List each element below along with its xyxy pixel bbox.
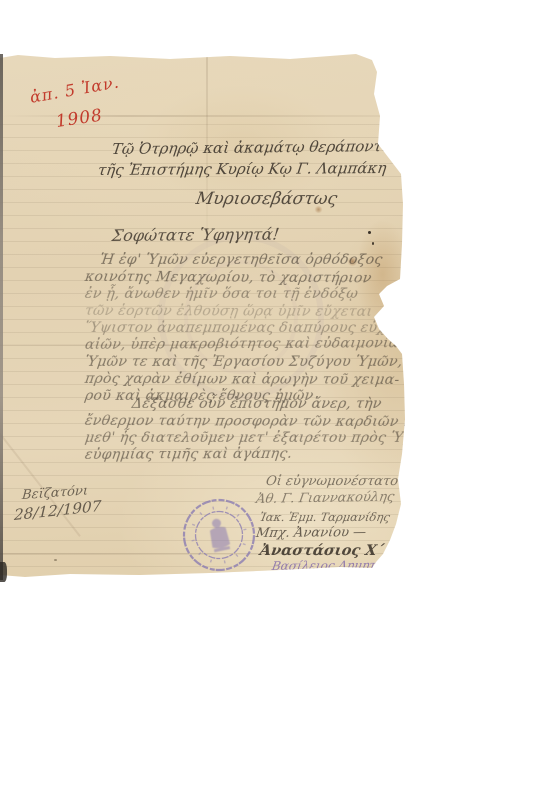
community-seal-stamp: [174, 489, 265, 581]
salutation: Σοφώτατε Ὑφηγητά!: [111, 225, 281, 245]
received-date-note-line1: ἀπ. 5 Ἰαν.: [28, 72, 121, 106]
body-line: ἔνθερμον ταύτην προσφορὰν τῶν καρδιῶν ἡμ…: [84, 413, 448, 430]
body-line: Ὑμῶν τε καὶ τῆς Ἐργασίου Συζύγου Ὑμῶν,: [84, 354, 404, 370]
address-honorific: Μυριοσεβάστως: [194, 189, 338, 209]
scanned-letter-page: ἀπ. 5 Ἰαν. 1908 Τῷ Ὀτρηρῷ καὶ ἀκαμάτῳ θε…: [0, 0, 549, 800]
body-line: εὐφημίας τιμῆς καὶ ἀγάπης.: [84, 446, 293, 463]
body-line: αἰῶν, ὑπὲρ μακροβιότητος καὶ εὐδαιμονίας: [84, 335, 408, 353]
address-line-2: τῆς Ἐπιστήμης Κυρίῳ Κῳ Γ. Λαμπάκη: [97, 159, 388, 179]
signature: Ἀθ. Γ. Γιαννακούλης: [255, 490, 396, 507]
signature: Ἀναστάσιος Χ΄΄ Ἰωαννίν.: [259, 542, 474, 559]
signature: Ἰακ. Ἐμμ. Ταρμανίδης: [259, 510, 391, 524]
signature: Βασίλειος Δημητρίου: [271, 558, 404, 573]
signature: Μπχ. Ἀνανίου —: [255, 525, 367, 541]
closing-phrase: Οἱ εὐγνωμονέστατοι: [265, 474, 404, 489]
body-line: πρὸς χαρὰν ἐθίμων καὶ ἀρωγὴν τοῦ χειμα-: [84, 371, 401, 388]
body-line: ἐν ᾗ, ἄνωθεν ἡμῖν ὅσα τοι τῇ ἐνδόξῳ: [84, 286, 359, 302]
body-line: μεθ' ἧς διατελοῦμεν μετ' ἐξαιρέτου πρὸς …: [84, 430, 432, 446]
scanner-edge-shadow: [0, 54, 3, 580]
paper-sheet: ἀπ. 5 Ἰαν. 1908 Τῷ Ὀτρηρῷ καὶ ἀκαμάτῳ θε…: [0, 54, 406, 580]
stain: [54, 559, 57, 561]
scanner-edge-shadow: [0, 562, 7, 582]
stain: [368, 231, 371, 234]
body-line: Δέξασθε οὖν ἐπιστῆμον ἄνερ, τὴν: [131, 396, 383, 412]
body-line: τῶν ἑορτῶν ἐλθούσῃ ὥρᾳ ὑμῖν εὔχεται: [84, 303, 374, 320]
body-line: Ἡ ἐφ' Ὑμῶν εὐεργετηθεῖσα ὀρθόδοξος: [99, 252, 384, 268]
stain: [372, 242, 374, 245]
received-date-note-line2: 1908: [55, 106, 105, 132]
body-line: Ὕψιστον ἀναπεμπομένας διαπύρους εὐχὰς: [84, 320, 405, 336]
address-line-1: Τῷ Ὀτρηρῷ καὶ ἀκαμάτῳ θεράποντι: [111, 137, 389, 158]
body-line: κοινότης Μεγαχωρίου, τὸ χαριστήριον: [84, 269, 373, 287]
